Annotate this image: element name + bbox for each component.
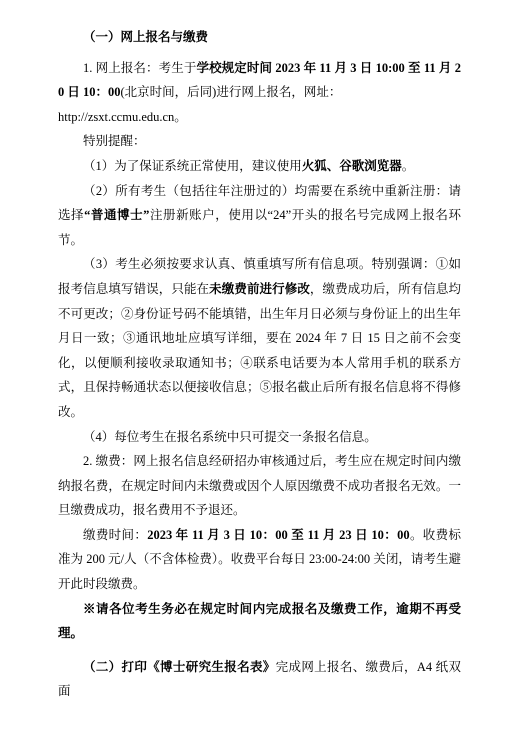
text-run: 特别提醒： bbox=[83, 134, 146, 148]
text-run: （1）为了保证系统正常使用，建议使用 bbox=[83, 159, 302, 173]
bold-text-run: （二）打印《博士研究生报名表》 bbox=[83, 660, 276, 674]
text-run: 1. 网上报名：考生于 bbox=[83, 61, 196, 75]
para-reminder-3: （3）考生必须按要求认真、慎重填写所有信息项。特别强调：①如报考信息填写错误，只… bbox=[58, 252, 461, 424]
bold-text-run: “普通博士” bbox=[84, 208, 149, 222]
para-special-reminder-title: 特别提醒： bbox=[58, 129, 461, 154]
text-run: 2. 缴费：网上报名信息经研招办审核通过后，考生应在规定时间内缴纳报名费，在规定… bbox=[58, 454, 461, 517]
bold-text-run: 火狐、谷歌浏览器 bbox=[302, 159, 402, 173]
bold-text-run: ※请各位考生务必在规定时间内完成报名及缴费工作，逾期不再受理。 bbox=[58, 602, 461, 641]
para-reminder-4: （4）每位考生在报名系统中只可提交一条报名信息。 bbox=[58, 425, 461, 450]
para-payment-time: 缴费时间：2023 年 11 月 3 日 10：00 至 11 月 23 日 1… bbox=[58, 523, 461, 597]
bold-text-run: （一）网上报名与缴费 bbox=[83, 30, 208, 44]
para-payment: 2. 缴费：网上报名信息经研招办审核通过后，考生应在规定时间内缴纳报名费，在规定… bbox=[58, 449, 461, 523]
para-reminder-1: （1）为了保证系统正常使用，建议使用火狐、谷歌浏览器。 bbox=[58, 154, 461, 179]
text-run: 缴费时间： bbox=[83, 528, 147, 542]
bold-text-run: 未缴费前进行修改 bbox=[209, 282, 310, 296]
para-deadline-notice: ※请各位考生务必在规定时间内完成报名及缴费工作，逾期不再受理。 bbox=[58, 597, 461, 646]
bold-text-run: 2023 年 11 月 3 日 10：00 至 11 月 23 日 10：00 bbox=[147, 528, 409, 542]
document-page: （一）网上报名与缴费1. 网上报名：考生于学校规定时间 2023 年 11 月 … bbox=[0, 0, 523, 730]
text-run: （4）每位考生在报名系统中只可提交一条报名信息。 bbox=[83, 430, 377, 444]
text-run: 。 bbox=[402, 159, 415, 173]
para-reminder-2: （2）所有考生（包括往年注册过的）均需要在系统中重新注册：请选择“普通博士”注册… bbox=[58, 179, 461, 253]
section-heading-online-registration: （一）网上报名与缴费 bbox=[58, 25, 461, 50]
text-run: (北京时间，后同)进行网上报名，网址： bbox=[121, 85, 342, 99]
registration-url: http://zsxt.ccmu.edu.cn。 bbox=[58, 110, 187, 124]
section-heading-print-form: （二）打印《博士研究生报名表》完成网上报名、缴费后，A4 纸双面 bbox=[58, 655, 461, 704]
text-run: ，缴费成功后，所有信息均不可更改；②身份证号码不能填错，出生年月日必须与身份证上… bbox=[58, 282, 461, 419]
para-online-registration: 1. 网上报名：考生于学校规定时间 2023 年 11 月 3 日 10:00 … bbox=[58, 56, 461, 130]
